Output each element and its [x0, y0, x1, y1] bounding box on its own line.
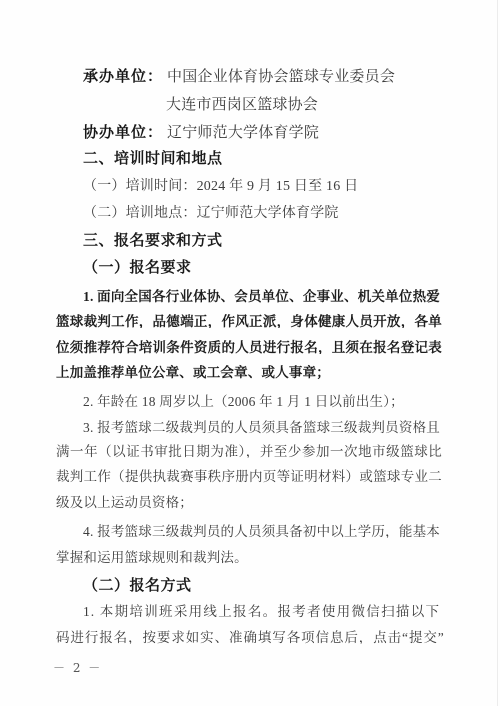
- req2-line: 2. 年龄在 18 周岁以上（2006 年 1 月 1 日以前出生）；: [83, 390, 404, 410]
- method1-line-1: 1. 本期培训班采用线上报名。报考者使用微信扫描以下二维: [83, 600, 440, 618]
- organizer-label: 承办单位：: [83, 68, 163, 85]
- co-organizer-line: 协办单位：辽宁师范大学体育学院: [83, 121, 319, 142]
- organizer-value-2: 大连市西岗区篮球协会: [166, 93, 318, 114]
- organizer-value: 中国企业体育协会篮球专业委员会: [167, 69, 395, 85]
- document-page: 承办单位：中国企业体育协会篮球专业委员会 大连市西岗区篮球协会 协办单位：辽宁师…: [0, 0, 500, 706]
- req1-line-1: 1. 面向全国各行业体协、会员单位、企事业、机关单位热爱: [83, 285, 440, 303]
- section3-sub2-heading: （二）报名方式: [83, 574, 192, 595]
- req3-line-1: 3. 报考篮球二级裁判员的人员须具备篮球三级裁判员资格且: [83, 416, 440, 434]
- section2-heading: 二、培训时间和地点: [83, 147, 223, 168]
- co-organizer-label: 协办单位：: [83, 124, 163, 141]
- req1-line-2: 篮球裁判工作，品德端正，作风正派，身体健康人员开放，各单: [56, 310, 442, 328]
- req3-line-2: 满一年（以证书审批日期为准），并至少参加一次地市级篮球比赛: [56, 440, 442, 458]
- method1-line-2: 码进行报名，按要求如实、准确填写各项信息后，点击“提交”: [56, 626, 444, 644]
- req1-line-3: 位须推荐符合培训条件资质的人员进行报名，且须在报名登记表: [56, 336, 442, 354]
- section3-sub1-heading: （一）报名要求: [83, 256, 192, 277]
- section3-heading: 三、报名要求和方式: [83, 229, 223, 250]
- req1-line-4: 上加盖推荐单位公章、或工会章、或人事章；: [56, 361, 330, 381]
- req3-line-4: 级及以上运动员资格；: [56, 491, 193, 511]
- page-number: － 2 －: [53, 659, 102, 676]
- req4-line-2: 掌握和运用篮球规则和裁判法。: [56, 546, 248, 566]
- req3-line-3: 裁判工作（提供执裁赛事秩序册内页等证明材料）或篮球专业二: [56, 465, 442, 483]
- section2-location: （二）培训地点：辽宁师范大学体育学院: [83, 202, 339, 222]
- section2-time: （一）培训时间：2024 年 9 月 15 日至 16 日: [83, 175, 358, 195]
- co-organizer-value: 辽宁师范大学体育学院: [167, 125, 319, 141]
- organizer-line: 承办单位：中国企业体育协会篮球专业委员会: [83, 65, 395, 86]
- req4-line-1: 4. 报考篮球三级裁判员的人员须具备初中以上学历，能基本: [83, 520, 440, 538]
